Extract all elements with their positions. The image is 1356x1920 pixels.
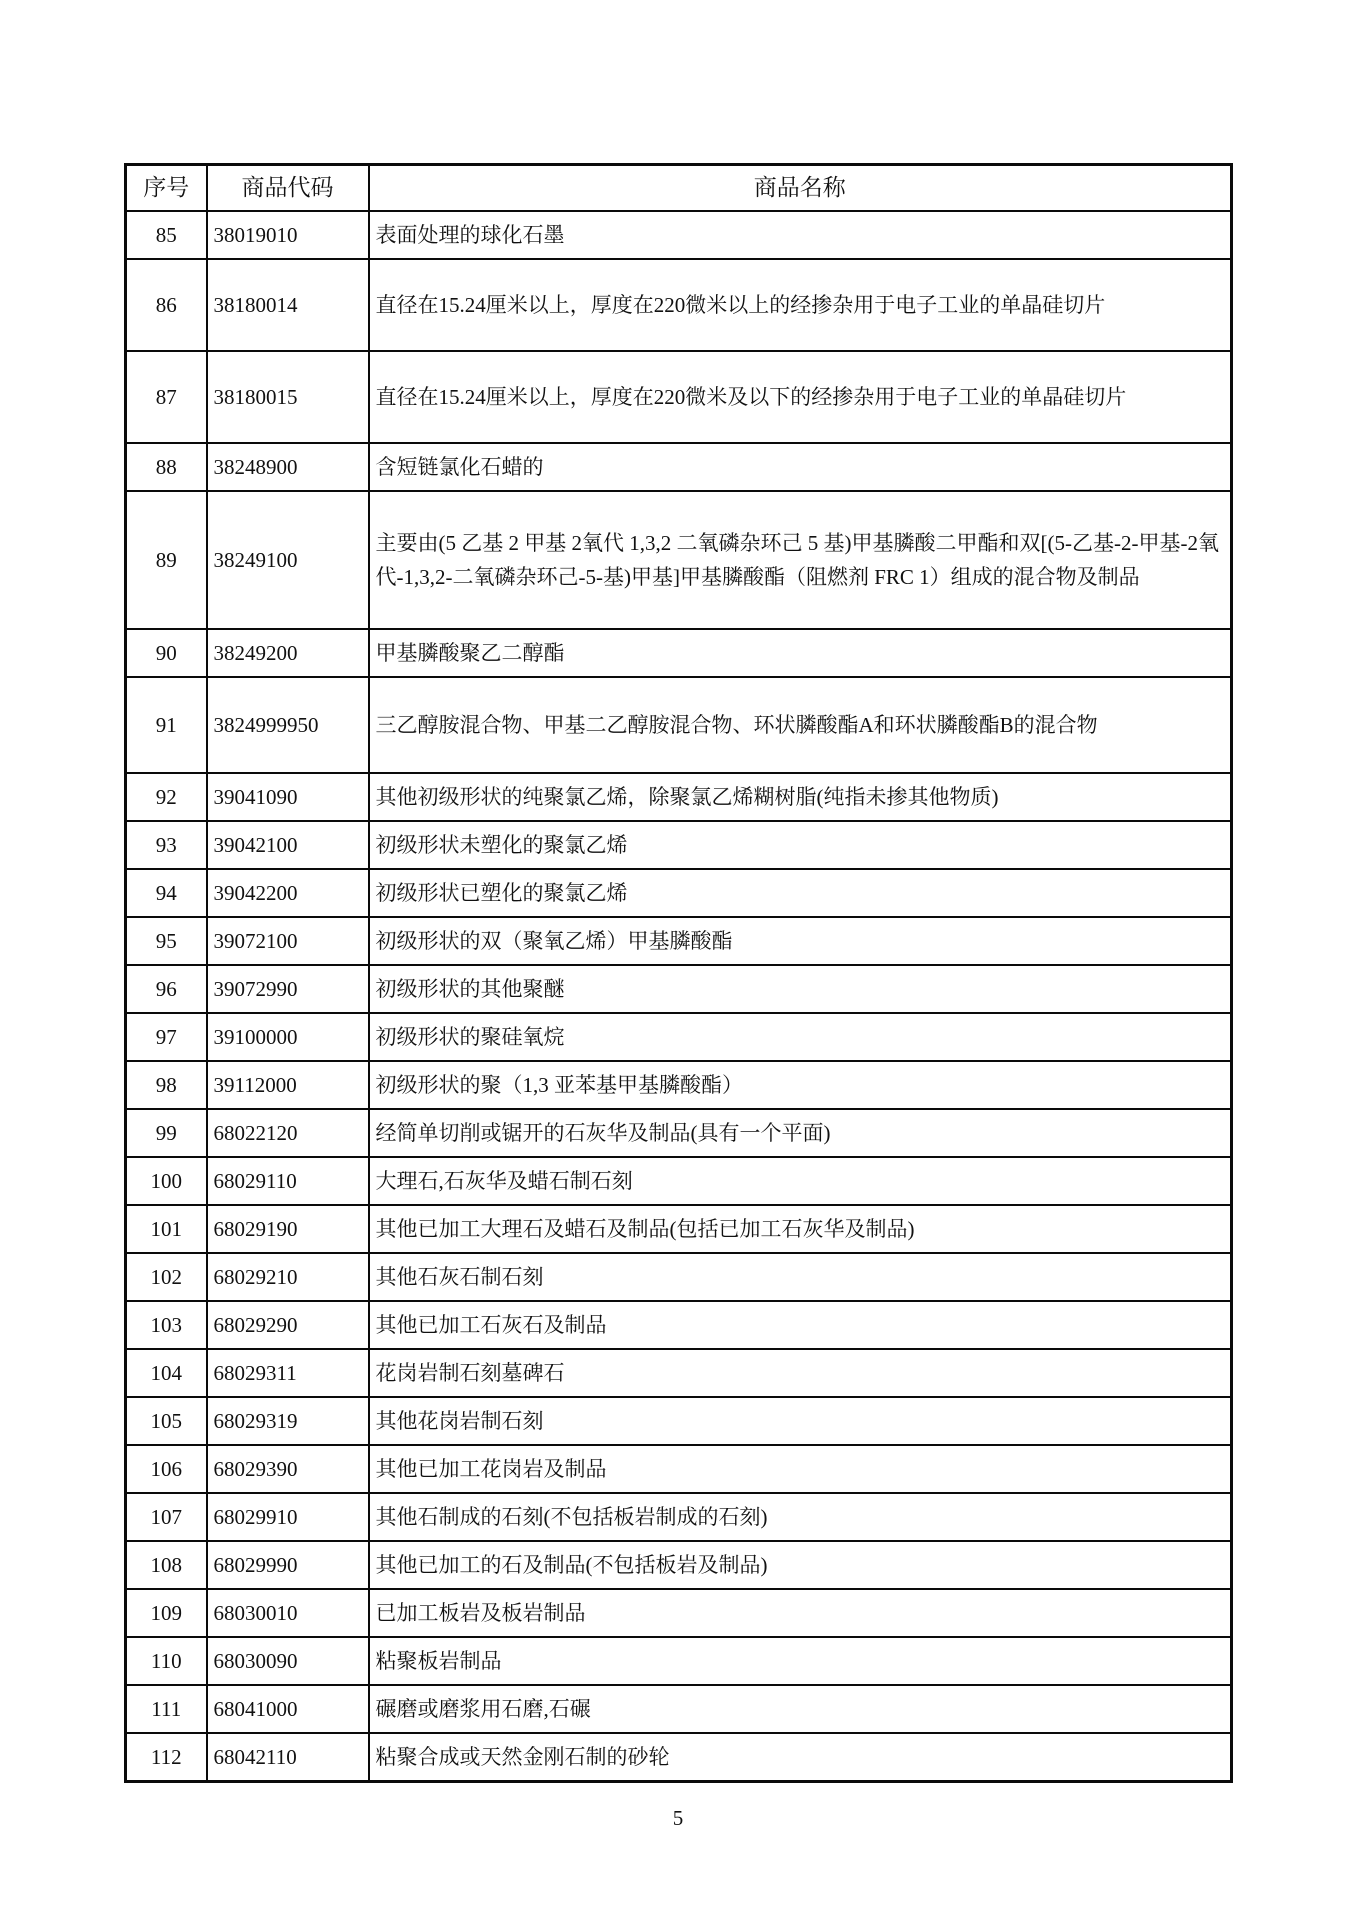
commodity-code-cell: 39042200 xyxy=(207,869,369,917)
table-row: 8538019010表面处理的球化石墨 xyxy=(126,211,1232,259)
serial-number-cell: 98 xyxy=(126,1061,207,1109)
serial-number-cell: 86 xyxy=(126,259,207,351)
serial-number-cell: 107 xyxy=(126,1493,207,1541)
serial-number-cell: 100 xyxy=(126,1157,207,1205)
commodity-name-cell: 表面处理的球化石墨 xyxy=(369,211,1232,259)
table-row: 10668029390其他已加工花岗岩及制品 xyxy=(126,1445,1232,1493)
commodity-code-cell: 39112000 xyxy=(207,1061,369,1109)
table-row: 913824999950三乙醇胺混合物、甲基二乙醇胺混合物、环状膦酸酯A和环状膦… xyxy=(126,677,1232,773)
commodity-code-cell: 39072100 xyxy=(207,917,369,965)
commodity-name-cell: 初级形状的聚硅氧烷 xyxy=(369,1013,1232,1061)
commodity-name-cell: 经简单切削或锯开的石灰华及制品(具有一个平面) xyxy=(369,1109,1232,1157)
table-row: 11268042110粘聚合成或天然金刚石制的砂轮 xyxy=(126,1733,1232,1782)
commodity-code-cell: 68029311 xyxy=(207,1349,369,1397)
table-row: 9639072990初级形状的其他聚醚 xyxy=(126,965,1232,1013)
commodity-name-cell: 直径在15.24厘米以上，厚度在220微米以上的经掺杂用于电子工业的单晶硅切片 xyxy=(369,259,1232,351)
commodity-code-cell: 38180014 xyxy=(207,259,369,351)
commodity-name-cell: 初级形状的双（聚氧乙烯）甲基膦酸酯 xyxy=(369,917,1232,965)
serial-number-cell: 103 xyxy=(126,1301,207,1349)
commodity-code-cell: 38249100 xyxy=(207,491,369,629)
commodity-name-cell: 大理石,石灰华及蜡石制石刻 xyxy=(369,1157,1232,1205)
commodity-code-cell: 68029190 xyxy=(207,1205,369,1253)
serial-number-cell: 102 xyxy=(126,1253,207,1301)
serial-number-cell: 92 xyxy=(126,773,207,821)
serial-number-cell: 110 xyxy=(126,1637,207,1685)
commodity-table: 序号 商品代码 商品名称 8538019010表面处理的球化石墨86381800… xyxy=(124,163,1233,1783)
serial-number-cell: 88 xyxy=(126,443,207,491)
serial-number-cell: 97 xyxy=(126,1013,207,1061)
serial-number-cell: 91 xyxy=(126,677,207,773)
header-commodity-code: 商品代码 xyxy=(207,165,369,212)
commodity-name-cell: 其他已加工石灰石及制品 xyxy=(369,1301,1232,1349)
commodity-code-cell: 68029910 xyxy=(207,1493,369,1541)
commodity-code-cell: 68029210 xyxy=(207,1253,369,1301)
serial-number-cell: 112 xyxy=(126,1733,207,1782)
table-header-row: 序号 商品代码 商品名称 xyxy=(126,165,1232,212)
commodity-name-cell: 三乙醇胺混合物、甲基二乙醇胺混合物、环状膦酸酯A和环状膦酸酯B的混合物 xyxy=(369,677,1232,773)
commodity-code-cell: 38249200 xyxy=(207,629,369,677)
table-row: 10068029110大理石,石灰华及蜡石制石刻 xyxy=(126,1157,1232,1205)
commodity-code-cell: 38180015 xyxy=(207,351,369,443)
table-row: 8738180015直径在15.24厘米以上，厚度在220微米及以下的经掺杂用于… xyxy=(126,351,1232,443)
commodity-name-cell: 粘聚板岩制品 xyxy=(369,1637,1232,1685)
commodity-code-cell: 68042110 xyxy=(207,1733,369,1782)
commodity-code-cell: 39042100 xyxy=(207,821,369,869)
commodity-name-cell: 已加工板岩及板岩制品 xyxy=(369,1589,1232,1637)
commodity-name-cell: 其他初级形状的纯聚氯乙烯，除聚氯乙烯糊树脂(纯指未掺其他物质) xyxy=(369,773,1232,821)
commodity-code-cell: 3824999950 xyxy=(207,677,369,773)
commodity-code-cell: 68041000 xyxy=(207,1685,369,1733)
commodity-name-cell: 初级形状的其他聚醚 xyxy=(369,965,1232,1013)
table-row: 10968030010已加工板岩及板岩制品 xyxy=(126,1589,1232,1637)
table-row: 10468029311花岗岩制石刻墓碑石 xyxy=(126,1349,1232,1397)
page-number: 5 xyxy=(0,1806,1356,1831)
serial-number-cell: 95 xyxy=(126,917,207,965)
table-body: 8538019010表面处理的球化石墨8638180014直径在15.24厘米以… xyxy=(126,211,1232,1782)
table-row: 9539072100初级形状的双（聚氧乙烯）甲基膦酸酯 xyxy=(126,917,1232,965)
commodity-code-cell: 68029390 xyxy=(207,1445,369,1493)
header-serial-number: 序号 xyxy=(126,165,207,212)
table-row: 9339042100初级形状未塑化的聚氯乙烯 xyxy=(126,821,1232,869)
commodity-code-cell: 39041090 xyxy=(207,773,369,821)
commodity-name-cell: 其他石制成的石刻(不包括板岩制成的石刻) xyxy=(369,1493,1232,1541)
serial-number-cell: 90 xyxy=(126,629,207,677)
commodity-name-cell: 初级形状的聚（1,3 亚苯基甲基膦酸酯） xyxy=(369,1061,1232,1109)
commodity-name-cell: 初级形状已塑化的聚氯乙烯 xyxy=(369,869,1232,917)
commodity-name-cell: 其他已加工大理石及蜡石及制品(包括已加工石灰华及制品) xyxy=(369,1205,1232,1253)
serial-number-cell: 85 xyxy=(126,211,207,259)
commodity-name-cell: 甲基膦酸聚乙二醇酯 xyxy=(369,629,1232,677)
table-row: 9239041090其他初级形状的纯聚氯乙烯，除聚氯乙烯糊树脂(纯指未掺其他物质… xyxy=(126,773,1232,821)
serial-number-cell: 96 xyxy=(126,965,207,1013)
serial-number-cell: 111 xyxy=(126,1685,207,1733)
commodity-name-cell: 粘聚合成或天然金刚石制的砂轮 xyxy=(369,1733,1232,1782)
table-row: 9968022120经简单切削或锯开的石灰华及制品(具有一个平面) xyxy=(126,1109,1232,1157)
commodity-code-cell: 68029290 xyxy=(207,1301,369,1349)
commodity-code-cell: 68022120 xyxy=(207,1109,369,1157)
table-row: 10568029319其他花岗岩制石刻 xyxy=(126,1397,1232,1445)
serial-number-cell: 94 xyxy=(126,869,207,917)
table-row: 10168029190其他已加工大理石及蜡石及制品(包括已加工石灰华及制品) xyxy=(126,1205,1232,1253)
table-row: 9839112000初级形状的聚（1,3 亚苯基甲基膦酸酯） xyxy=(126,1061,1232,1109)
table-row: 9439042200初级形状已塑化的聚氯乙烯 xyxy=(126,869,1232,917)
commodity-code-cell: 39072990 xyxy=(207,965,369,1013)
table-row: 8838248900含短链氯化石蜡的 xyxy=(126,443,1232,491)
commodity-code-cell: 38019010 xyxy=(207,211,369,259)
table-row: 11168041000碾磨或磨浆用石磨,石碾 xyxy=(126,1685,1232,1733)
table-row: 11068030090粘聚板岩制品 xyxy=(126,1637,1232,1685)
commodity-code-cell: 38248900 xyxy=(207,443,369,491)
commodity-code-cell: 39100000 xyxy=(207,1013,369,1061)
serial-number-cell: 87 xyxy=(126,351,207,443)
commodity-name-cell: 花岗岩制石刻墓碑石 xyxy=(369,1349,1232,1397)
serial-number-cell: 104 xyxy=(126,1349,207,1397)
commodity-code-cell: 68029990 xyxy=(207,1541,369,1589)
serial-number-cell: 108 xyxy=(126,1541,207,1589)
commodity-name-cell: 其他已加工的石及制品(不包括板岩及制品) xyxy=(369,1541,1232,1589)
commodity-code-cell: 68030090 xyxy=(207,1637,369,1685)
commodity-code-cell: 68029319 xyxy=(207,1397,369,1445)
serial-number-cell: 101 xyxy=(126,1205,207,1253)
table-row: 10368029290其他已加工石灰石及制品 xyxy=(126,1301,1232,1349)
table-row: 10268029210其他石灰石制石刻 xyxy=(126,1253,1232,1301)
table-row: 10868029990其他已加工的石及制品(不包括板岩及制品) xyxy=(126,1541,1232,1589)
serial-number-cell: 105 xyxy=(126,1397,207,1445)
table-row: 9739100000初级形状的聚硅氧烷 xyxy=(126,1013,1232,1061)
serial-number-cell: 99 xyxy=(126,1109,207,1157)
commodity-code-cell: 68030010 xyxy=(207,1589,369,1637)
serial-number-cell: 109 xyxy=(126,1589,207,1637)
commodity-name-cell: 其他已加工花岗岩及制品 xyxy=(369,1445,1232,1493)
commodity-name-cell: 碾磨或磨浆用石磨,石碾 xyxy=(369,1685,1232,1733)
header-commodity-name: 商品名称 xyxy=(369,165,1232,212)
table-row: 8938249100主要由(5 乙基 2 甲基 2氧代 1,3,2 二氧磷杂环己… xyxy=(126,491,1232,629)
table-row: 8638180014直径在15.24厘米以上，厚度在220微米以上的经掺杂用于电… xyxy=(126,259,1232,351)
commodity-name-cell: 其他花岗岩制石刻 xyxy=(369,1397,1232,1445)
commodity-code-cell: 68029110 xyxy=(207,1157,369,1205)
commodity-name-cell: 其他石灰石制石刻 xyxy=(369,1253,1232,1301)
serial-number-cell: 93 xyxy=(126,821,207,869)
serial-number-cell: 89 xyxy=(126,491,207,629)
serial-number-cell: 106 xyxy=(126,1445,207,1493)
table-row: 9038249200甲基膦酸聚乙二醇酯 xyxy=(126,629,1232,677)
commodity-name-cell: 含短链氯化石蜡的 xyxy=(369,443,1232,491)
commodity-name-cell: 主要由(5 乙基 2 甲基 2氧代 1,3,2 二氧磷杂环己 5 基)甲基膦酸二… xyxy=(369,491,1232,629)
commodity-name-cell: 初级形状未塑化的聚氯乙烯 xyxy=(369,821,1232,869)
table-row: 10768029910其他石制成的石刻(不包括板岩制成的石刻) xyxy=(126,1493,1232,1541)
commodity-name-cell: 直径在15.24厘米以上，厚度在220微米及以下的经掺杂用于电子工业的单晶硅切片 xyxy=(369,351,1232,443)
commodity-table-container: 序号 商品代码 商品名称 8538019010表面处理的球化石墨86381800… xyxy=(124,163,1230,1783)
